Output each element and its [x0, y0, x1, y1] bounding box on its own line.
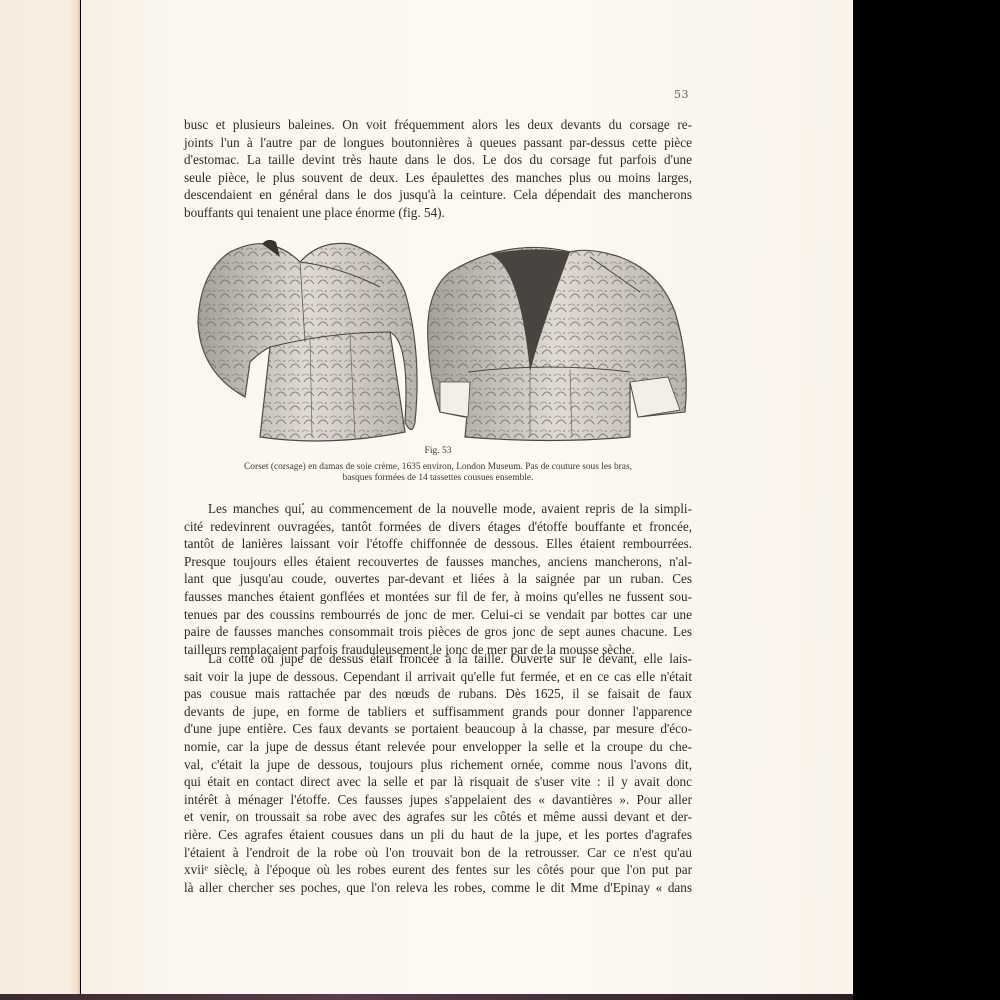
- text-line: paire de fausses manches consommait troi…: [184, 623, 692, 641]
- text-line: intérêt à ménager l'étoffe. Ces fausses …: [184, 791, 692, 809]
- figure-corset-illustrations: [190, 232, 690, 442]
- book-bottom-edge: [0, 994, 853, 1000]
- paragraph-skirt: La cotte ou jupe de dessus était froncée…: [184, 650, 692, 896]
- text-line: xviiᵉ siècle, à l'époque où les robes eu…: [184, 861, 692, 879]
- figure-caption-line: basques formées de 14 tassettes cousues …: [184, 473, 692, 484]
- figure-caption: Corset (corsage) en damas de soie crème,…: [184, 462, 692, 484]
- left-page-margin: [0, 0, 80, 995]
- text-line: bouffants qui tenaient une place énorme …: [184, 204, 692, 222]
- text-line: seule pièce, le plus souvent de deux. Le…: [184, 169, 692, 187]
- text-line: joints l'un à l'autre par de longues bou…: [184, 134, 692, 152]
- text-line: d'une jupe entière. Ces faux devants se …: [184, 720, 692, 738]
- page-number: 53: [674, 88, 689, 101]
- text-line: lant que jusqu'au coude, ouvertes par-de…: [184, 570, 692, 588]
- text-line: Les manches qui, au commencement de la n…: [184, 500, 692, 518]
- corset-front-view: [428, 247, 687, 440]
- text-line: là aller chercher ses poches, que l'on r…: [184, 879, 692, 897]
- text-line: pas cousue mais rattachée par des nœuds …: [184, 685, 692, 703]
- text-line: Presque toujours elles étaient recouvert…: [184, 553, 692, 571]
- book-gutter: [78, 0, 80, 995]
- corset-back-view: [198, 240, 417, 441]
- text-line: La cotte ou jupe de dessus était froncée…: [184, 650, 692, 668]
- text-line: tenues par des coussins rembourrés de jo…: [184, 606, 692, 624]
- text-line: cité redevinrent ouvragées, tantôt formé…: [184, 518, 692, 536]
- text-line: l'étaient à l'endroit de la robe où l'on…: [184, 844, 692, 862]
- text-line: qui était en contact direct avec la sell…: [184, 773, 692, 791]
- paragraph-top: busc et plusieurs baleines. On voit fréq…: [184, 116, 692, 222]
- text-line: sait voir la jupe de dessous. Cependant …: [184, 668, 692, 686]
- text-line: et venir, on troussait sa robe avec des …: [184, 808, 692, 826]
- text-line: fausses manches étaient gonflées et mont…: [184, 588, 692, 606]
- text-line: val, c'était la jupe de dessous, toujour…: [184, 756, 692, 774]
- text-line: nomie, car la jupe de dessus étant relev…: [184, 738, 692, 756]
- figure-label: Fig. 53: [184, 446, 692, 456]
- text-line: devants de jupe, en forme de tabliers et…: [184, 703, 692, 721]
- corset-illustration: [190, 232, 690, 442]
- text-line: d'estomac. La taille devint très haute d…: [184, 151, 692, 169]
- figure-caption-line: Corset (corsage) en damas de soie crème,…: [184, 462, 692, 473]
- text-line: busc et plusieurs baleines. On voit fréq…: [184, 116, 692, 134]
- text-line: tantôt de lanières laissant voir l'étoff…: [184, 535, 692, 553]
- text-line: descendaient en général dans le dos jusq…: [184, 186, 692, 204]
- text-line: rière. Ces agrafes étaient cousues dans …: [184, 826, 692, 844]
- paragraph-sleeves: Les manches qui, au commencement de la n…: [184, 500, 692, 658]
